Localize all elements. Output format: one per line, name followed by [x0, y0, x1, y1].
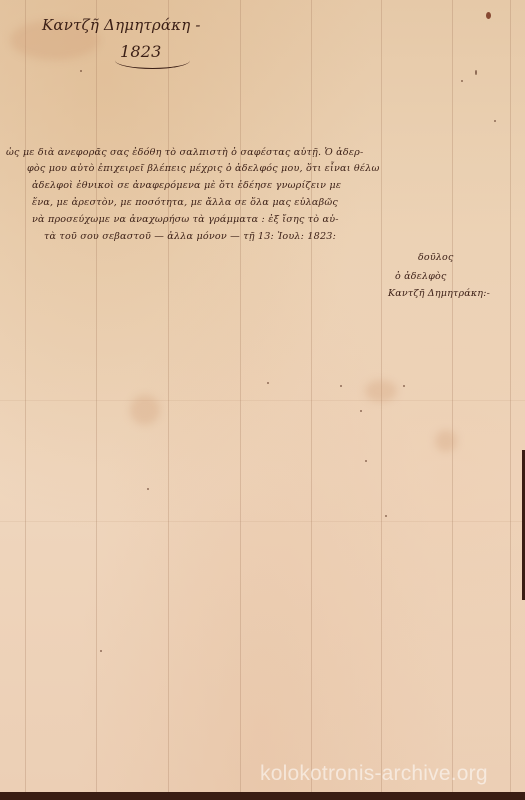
paper-chain-line	[240, 0, 241, 792]
ink-speck	[360, 410, 362, 412]
signature-name: Καντζῆ Δημητράκη:-	[388, 288, 490, 299]
ink-speck	[340, 385, 342, 387]
letter-body-line: ὡς με διὰ ανεφορᾶς σας ἐδόθη τὸ σαλπιστὴ…	[6, 147, 363, 158]
scan-bottom-edge	[0, 792, 525, 800]
ink-speck	[385, 515, 387, 517]
archive-watermark: kolokotronis-archive.org	[260, 762, 488, 786]
paper-chain-line	[96, 0, 97, 792]
ink-speck	[494, 120, 496, 122]
ink-speck	[475, 70, 477, 75]
ink-speck	[100, 650, 102, 652]
letter-body-line: ἀδελφοὶ ἐθνικοὶ σε ἀναφερόμενα μὲ ὅτι ἐδ…	[32, 180, 341, 191]
letter-body-line: νὰ προσεύχωμε να ἀναχωρήσω τὰ γράμματα :…	[32, 214, 339, 225]
paper-chain-line	[25, 0, 26, 792]
paper-chain-line	[168, 0, 169, 792]
paper-stain	[130, 395, 160, 425]
paper-chain-line	[311, 0, 312, 792]
ink-speck	[365, 460, 367, 462]
ink-speck	[486, 12, 491, 19]
paper-fold-line	[0, 400, 525, 401]
paper-fold-line	[0, 521, 525, 522]
paper-chain-line	[510, 0, 511, 792]
ink-speck	[403, 385, 405, 387]
document-page: Καντζῆ Δημητράκη - 1823 ὡς με διὰ ανεφορ…	[0, 0, 525, 792]
ink-speck	[461, 80, 463, 82]
letter-heading: Καντζῆ Δημητράκη -	[42, 16, 201, 34]
letter-body-line: τὰ τοῦ σου σεβαστοῦ — ἀλλα μόνον — τῇ 13…	[44, 231, 336, 242]
letter-body-line: ἕνα, με ἀρεστὸν, με ποσότητα, με ἄλλα σε…	[32, 197, 338, 208]
letter-valediction: δοῦλος	[418, 252, 453, 263]
ink-speck	[147, 488, 149, 490]
ink-speck	[80, 70, 82, 72]
letter-body-line: φὸς μου αὐτὸ ἐπιχειρεῖ βλέπεις μέχρις ὁ …	[27, 163, 380, 174]
paper-stain	[365, 380, 397, 402]
paper-chain-line	[452, 0, 453, 792]
signature-line: ὁ ἀδελφὸς	[395, 271, 447, 282]
year-underline-flourish	[115, 52, 190, 69]
ink-speck	[267, 382, 269, 384]
paper-stain	[435, 430, 457, 452]
